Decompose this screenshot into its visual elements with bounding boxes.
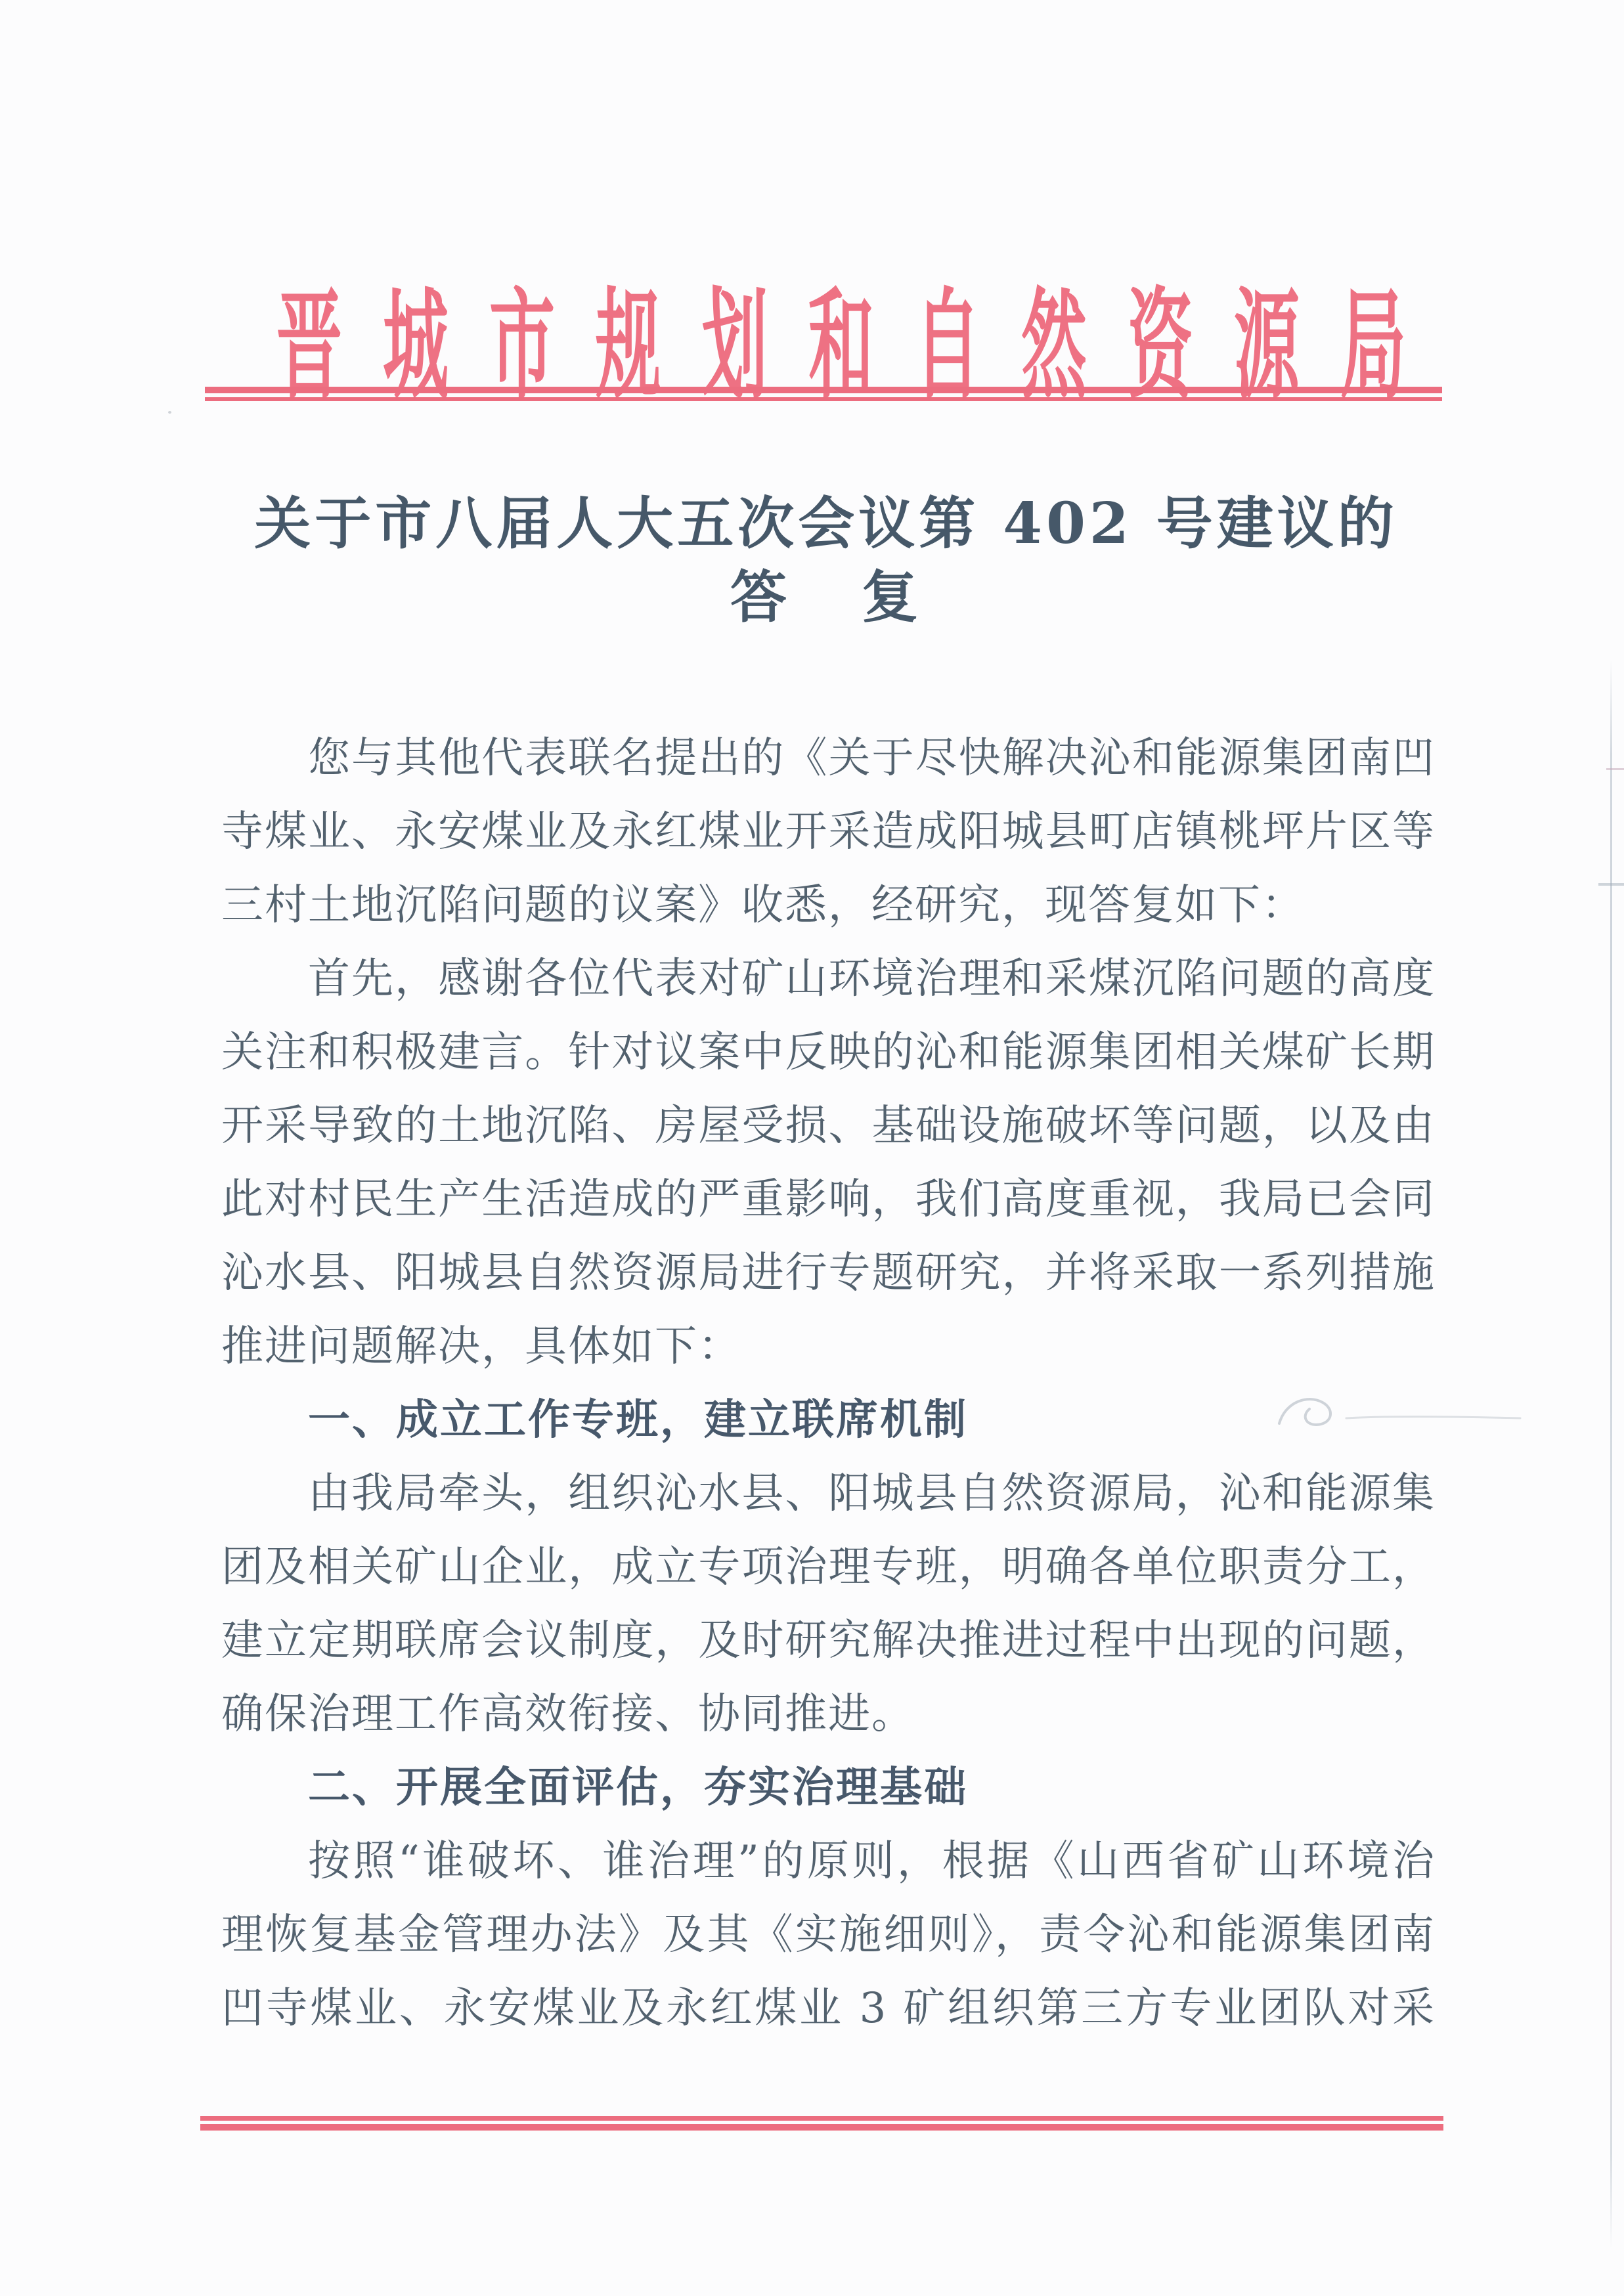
document-page: 晋城市规划和自然资源局 关于市八届人大五次会议第 402 号建议的 答复 您与其…	[0, 0, 1624, 2296]
body-line: 按照“谁破坏、谁治理”的原则，根据《山西省矿山环境治	[221, 1825, 1436, 1898]
document-title: 关于市八届人大五次会议第 402 号建议的 答复	[28, 487, 1624, 634]
scanner-tick-mark	[1598, 883, 1624, 886]
body-line: 凹寺煤业、永安煤业及永红煤业 3 矿组织第三方专业团队对采矿	[221, 1972, 1436, 2045]
body-line: 此对村民生产生活造成的严重影响，我们高度重视，我局已会同	[221, 1163, 1436, 1236]
body-line: 确保治理工作高效衔接、协同推进。	[221, 1678, 1436, 1751]
letterhead-rule-thin	[205, 397, 1442, 401]
footer-rule-thin	[200, 2116, 1443, 2121]
body-line: 团及相关矿山企业，成立专项治理专班，明确各单位职责分工，	[221, 1530, 1436, 1604]
body-line: 由我局牵头，组织沁水县、阳城县自然资源局，沁和能源集	[221, 1457, 1436, 1530]
body-line: 理恢复基金管理办法》及其《实施细则》，责令沁和能源集团南	[221, 1898, 1436, 1972]
letterhead-org-name: 晋城市规划和自然资源局	[276, 249, 1447, 422]
body-line: 您与其他代表联名提出的《关于尽快解决沁和能源集团南凹	[221, 722, 1436, 795]
title-char-da: 答	[730, 564, 791, 630]
letterhead-rule-thick	[205, 387, 1442, 393]
body-line: 沁水县、阳城县自然资源局进行专题研究，并将采取一系列措施	[221, 1236, 1436, 1310]
body-line: 首先，感谢各位代表对矿山环境治理和采煤沉陷问题的高度	[221, 942, 1436, 1016]
scanner-streak-line	[1610, 660, 1612, 2249]
body-line: 关注和积极建言。针对议案中反映的沁和能源集团相关煤矿长期	[221, 1016, 1436, 1089]
body-line: 开采导致的土地沉陷、房屋受损、基础设施破坏等问题，以及由	[221, 1089, 1436, 1163]
title-char-fu: 复	[862, 564, 922, 630]
scanner-tick-mark	[1606, 768, 1624, 770]
paper-speck	[168, 411, 171, 414]
body-line: 建立定期联席会议制度，及时研究解决推进过程中出现的问题，	[221, 1604, 1436, 1678]
body-line: 寺煤业、永安煤业及永红煤业开采造成阳城县町店镇桃坪片区等	[221, 795, 1436, 869]
body-line: 三村土地沉陷问题的议案》收悉，经研究，现答复如下：	[221, 869, 1436, 942]
body-line: 推进问题解决，具体如下：	[221, 1310, 1436, 1383]
section-heading-1: 一、成立工作专班，建立联席机制	[221, 1383, 1436, 1457]
document-title-line1: 关于市八届人大五次会议第 402 号建议的	[28, 487, 1624, 561]
document-body: 您与其他代表联名提出的《关于尽快解决沁和能源集团南凹 寺煤业、永安煤业及永红煤业…	[221, 722, 1436, 2045]
document-title-line2: 答复	[28, 561, 1624, 634]
pencil-scribble-mark	[1267, 1389, 1530, 1442]
section-heading-2: 二、开展全面评估，夯实治理基础	[221, 1751, 1436, 1825]
footer-rule-thick	[200, 2124, 1443, 2131]
